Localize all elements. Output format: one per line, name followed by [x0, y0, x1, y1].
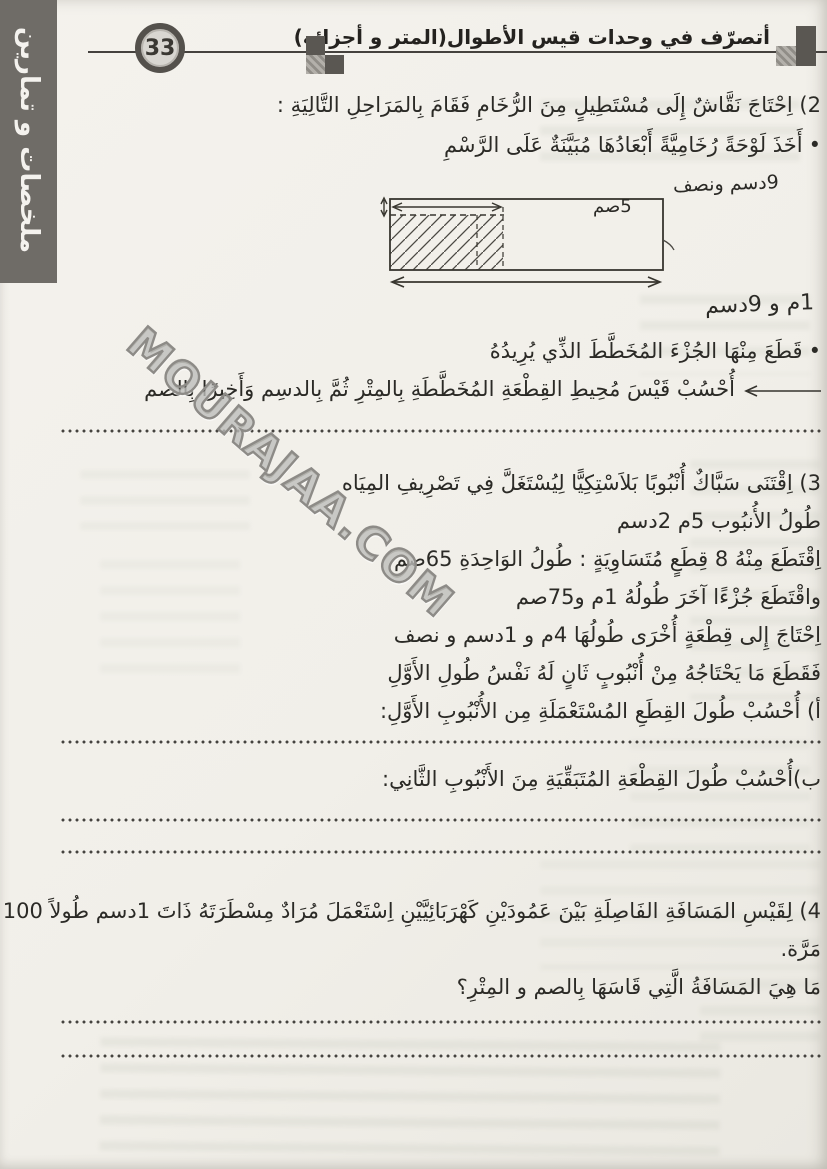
exercise3-line5: اِحْتَاجَ إِلى قِطْعَةٍ أُخْرَى طُولُهَا…	[85, 618, 821, 652]
task-arrow-icon	[743, 373, 821, 407]
exercise3-question-a: أ) أُحْسُبْ طُولَ القِطَعِ المُسْتَعْمَل…	[85, 694, 821, 728]
sidebar-tab-label: ملخصات و تمارين	[14, 27, 44, 253]
scanned-worksheet-page: ملخصات و تمارين 33 أتصرّف في وحدات قيس ا…	[0, 0, 827, 1169]
diagram-label-bottom: 1م و 9دسم	[705, 290, 815, 319]
checker-cell	[796, 26, 816, 46]
exercise2-step2-text: قَطَعَ مِنْهَا الجُزْءَ المُخَطَّطَ الذِ…	[490, 339, 803, 363]
answer-dotted-line	[61, 1054, 821, 1058]
bullet-icon: •	[809, 339, 821, 363]
header-rule	[88, 51, 827, 53]
checker-cell	[776, 26, 796, 46]
exercise4-question: مَا هِيَ المَسَافَةُ الَّتِي قَاسَهَا بِ…	[85, 970, 821, 1004]
diagram-label-left: 5صم	[593, 196, 632, 217]
exercise2-step1: •أَخَذَ لَوْحَةً رُخَامِيَّةً أَبْعَادُه…	[85, 128, 821, 162]
marble-slab-diagram: 9دسم ونصف 5صم 85صم 1م و 9دسم	[85, 174, 821, 326]
checker-cell	[325, 55, 344, 74]
answer-dotted-line	[61, 740, 821, 744]
checker-cell	[796, 46, 816, 66]
exercise3-line2: طُولُ الأُنبُوب 5م 2دسم	[85, 504, 821, 538]
exercise2-step2: •قَطَعَ مِنْهَا الجُزْءَ المُخَطَّطَ الذ…	[85, 334, 821, 368]
checker-cell	[306, 36, 325, 55]
checker-cell	[776, 46, 796, 66]
page-number: 33	[145, 36, 176, 61]
answer-dotted-line	[61, 818, 821, 822]
exercise2-intro: 2) اِحْتَاجَ نَقَّاشٌ إِلَى مُسْتَطِيلٍ …	[85, 88, 821, 122]
exercise3-line1: 3) اِقْتَنَى سَبَّاكٌ أُنْبُوبًا بَلاَسْ…	[85, 466, 821, 500]
exercise3-question-b: ب)أُحْسُبْ طُولَ القِطْعَةِ المُتَبَقِّي…	[85, 762, 821, 796]
hatched-region	[390, 215, 503, 270]
pointer-tick	[663, 240, 674, 250]
exercise3-line3: اِقْتَطَعَ مِنْهُ 8 قِطَعٍ مُتَسَاوِيَةٍ…	[85, 542, 821, 576]
exercise4-line2: مَرَّة.	[85, 932, 821, 966]
exercise2-task: أُحْسُبْ قَيْسَ مُحِيطِ القِطْعَةِ المُخ…	[85, 372, 821, 407]
page-title: أتصرّف في وحدات قيس الأطوال(المتر و أجزا…	[350, 25, 770, 49]
page-number-badge: 33	[135, 23, 185, 73]
exercise4-line1: 4) لِقَيْسِ المَسَافَةِ الفَاصِلَةِ بَيْ…	[85, 894, 821, 928]
checker-square-icon	[306, 36, 344, 74]
exercise2-step1-text: أَخَذَ لَوْحَةً رُخَامِيَّةً أَبْعَادُهَ…	[444, 133, 803, 157]
checker-cell	[306, 55, 325, 74]
answer-dotted-line	[61, 1020, 821, 1024]
sidebar-tab: ملخصات و تمارين	[0, 0, 57, 283]
worksheet-content: 2) اِحْتَاجَ نَقَّاشٌ إِلَى مُسْتَطِيلٍ …	[85, 88, 821, 1058]
exercise3-line4: واقْتَطَعَ جُزْءًا آخَرَ طُولُهُ 1م و75ص…	[85, 580, 821, 614]
answer-dotted-line	[61, 850, 821, 854]
exercise2-task-text: أُحْسُبْ قَيْسَ مُحِيطِ القِطْعَةِ المُخ…	[144, 377, 735, 401]
bullet-icon: •	[809, 133, 821, 157]
exercise3-line6: فَقَطَعَ مَا يَحْتَاجُهُ مِنْ أُنْبُوبٍ …	[85, 656, 821, 690]
answer-dotted-line	[61, 429, 821, 433]
diagram-label-top: 9دسم ونصف	[673, 171, 779, 197]
checker-square-icon	[776, 26, 816, 66]
checker-cell	[325, 36, 344, 55]
